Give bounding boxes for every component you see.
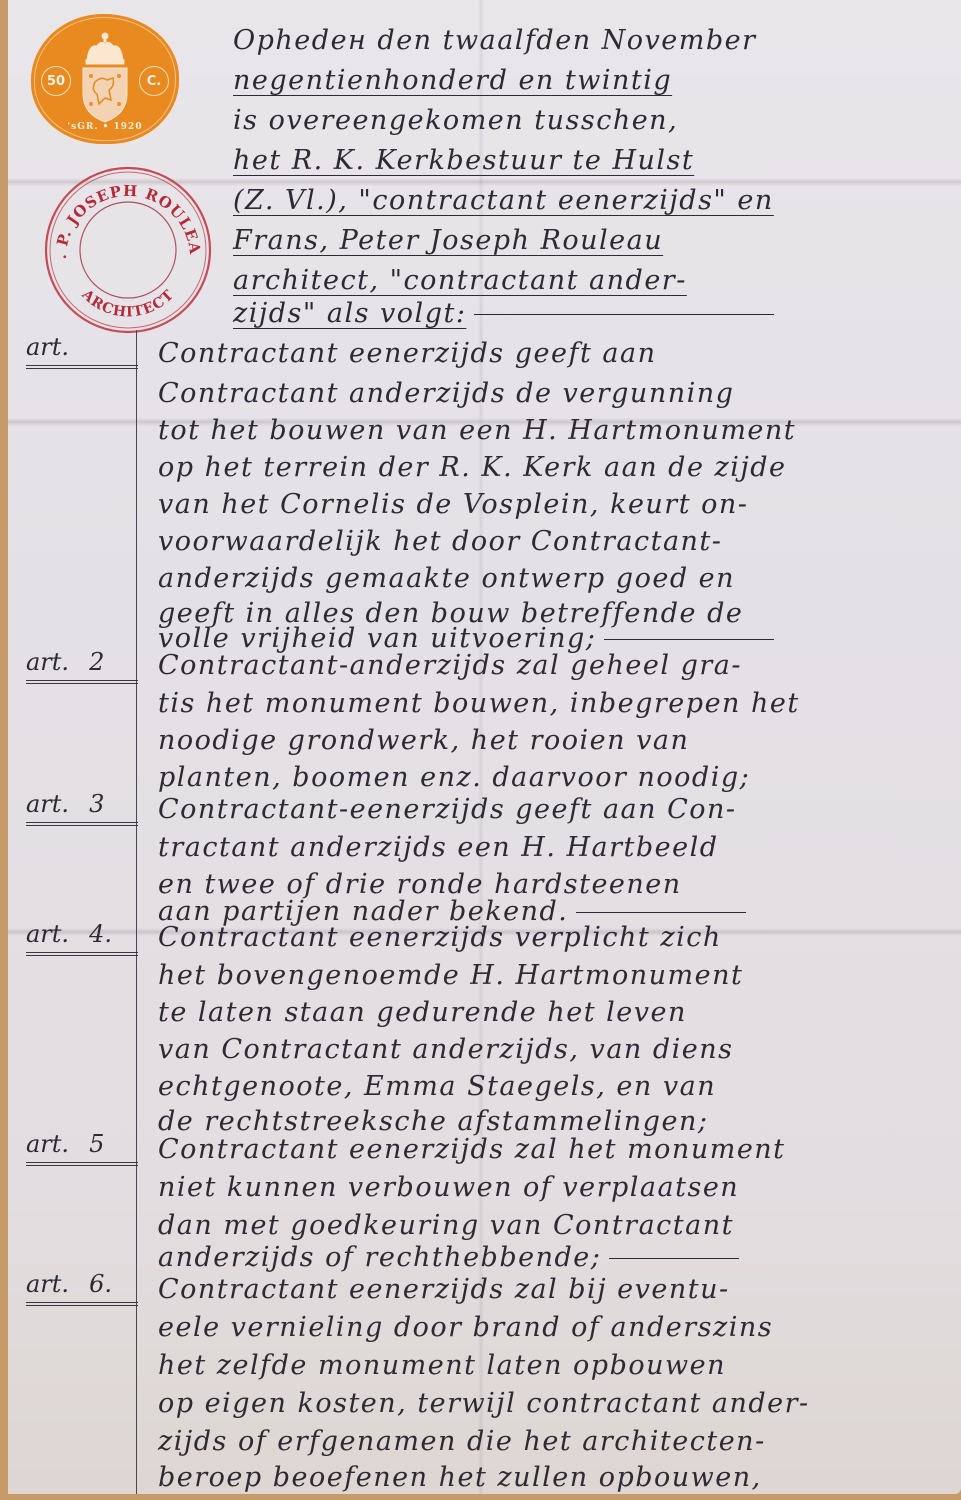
seal-title: ARCHITECT: [78, 286, 178, 321]
stamp-value: 50: [41, 66, 71, 96]
preamble-line: is overeengekomen tusschen,: [233, 107, 678, 134]
article-6-line: beroep beoefenen het zullen opbouwen,: [158, 1464, 762, 1491]
architect-seal: F. P. JOSEPH ROULEAU ARCHITECT: [38, 158, 218, 338]
article-4-line: Contractant eenerzijds verplicht zich: [158, 924, 722, 951]
preamble-line: (Z. Vl.), "contractant eenerzijds" en: [233, 187, 774, 214]
article-4-line: echtgenoote, Emma Staegels, en van: [158, 1073, 716, 1100]
revenue-stamp: 50 C. 'sGR. • 1920: [31, 14, 179, 144]
preamble-line: architect, "contractant ander-: [233, 267, 687, 294]
article-3-line: tractant anderzijds een H. Hartbeeld: [158, 834, 719, 861]
margin-rule: [136, 330, 137, 1494]
preamble-line: Ophedeн den twaalfden November: [233, 27, 757, 54]
article-1-line: op het terrein der R. K. Kerk aan de zij…: [158, 454, 787, 481]
article-6-line: op eigen kosten, terwijl contractant and…: [158, 1390, 810, 1417]
document-page: 50 C. 'sGR. • 1920 F.: [8, 0, 961, 1494]
royal-crest-icon: [77, 32, 133, 126]
article-5-line: dan met goedkeuring van Contractant: [158, 1212, 734, 1239]
svg-text:ARCHITECT: ARCHITECT: [78, 286, 178, 321]
article-1-line: Contractant anderzijds de vergunning: [158, 380, 734, 407]
article-2-line: noodige grondwerk, het rooien van: [158, 727, 689, 754]
article-6-line: het zelfde monument laten opbouwen: [158, 1352, 726, 1379]
article-6-line: zijds of erfgenamen die het architecten-: [158, 1428, 766, 1455]
article-1-line: van het Cornelis de Vosplein, keurt on-: [158, 491, 748, 518]
article-3-line: Contractant-eenerzijds geeft aan Con-: [158, 796, 737, 823]
article-6-line: Contractant eenerzijds zal bij eventu-: [158, 1276, 730, 1303]
article-1-line: voorwaardelijk het door Contractant-: [158, 528, 722, 555]
article-5-line: anderzijds of rechthebbende;: [158, 1244, 739, 1271]
article-6-line: eele vernieling door brand of anderszins: [158, 1314, 773, 1341]
article-4-line: te laten staan gedurende het leven: [158, 999, 687, 1026]
article-4-line: de rechtstreeksche afstammelingen;: [158, 1108, 708, 1135]
seal-name: F. P. JOSEPH ROULEAU: [38, 158, 204, 259]
article-label: art.6.: [26, 1272, 138, 1306]
article-label: art.: [26, 335, 138, 369]
preamble-line: zijds" als volgt:: [233, 300, 774, 327]
preamble-line: Frans, Peter Joseph Rouleau: [233, 227, 663, 254]
article-2-line: Contractant-anderzijds zal geheel gra-: [158, 652, 742, 679]
article-label: art.3: [26, 792, 138, 826]
svg-text:F. P. JOSEPH ROULEAU: F. P. JOSEPH ROULEAU: [38, 158, 204, 259]
preamble-line: het R. K. Kerkbestuur te Hulst: [233, 147, 694, 174]
article-1-line: Contractant eenerzijds geeft aan: [158, 340, 656, 367]
article-1-line: volle vrijheid van uitvoering;: [158, 625, 774, 652]
stamp-footer: 'sGR. • 1920: [31, 122, 179, 132]
article-label: art.2: [26, 650, 138, 684]
article-2-line: tis het monument bouwen, inbegrepen het: [158, 690, 800, 717]
article-4-line: van Contractant anderzijds, van diens: [158, 1036, 734, 1063]
article-2-line: planten, boomen enz. daarvoor noodig;: [158, 764, 750, 791]
preamble-line: negentienhonderd en twintig: [233, 67, 672, 94]
article-label: art.5: [26, 1132, 138, 1166]
article-1-line: anderzijds gemaakte ontwerp goed en: [158, 565, 735, 592]
article-3-line: aan partijen nader bekend.: [158, 898, 746, 925]
article-5-line: Contractant eenerzijds zal het monument: [158, 1136, 786, 1163]
article-5-line: niet kunnen verbouwen of verplaatsen: [158, 1174, 739, 1201]
article-1-line: tot het bouwen van een H. Hartmonument: [158, 417, 796, 444]
article-4-line: het bovengenoemde H. Hartmonument: [158, 962, 743, 989]
article-label: art.4.: [26, 922, 138, 956]
stamp-currency: C.: [139, 66, 169, 96]
article-3-line: en twee of drie ronde hardsteenen: [158, 871, 682, 898]
